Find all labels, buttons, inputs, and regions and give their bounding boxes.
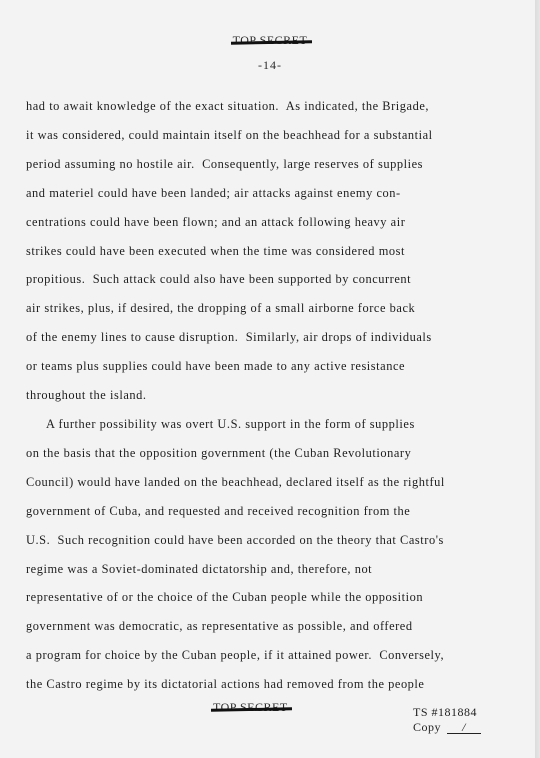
- struck-classification-text: TOP SECRET: [213, 700, 288, 715]
- text-line: Council) would have landed on the beachh…: [26, 468, 506, 497]
- text-line: air strikes, plus, if desired, the dropp…: [26, 294, 506, 323]
- control-number: TS #181884: [413, 705, 481, 720]
- text-line: regime was a Soviet-dominated dictatorsh…: [26, 555, 506, 584]
- text-line: government was democratic, as representa…: [26, 612, 506, 641]
- copy-number-handwritten: /: [447, 721, 481, 734]
- text-line: and materiel could have been landed; air…: [26, 179, 506, 208]
- text-line: propitious. Such attack could also have …: [26, 265, 506, 294]
- text-line: strikes could have been executed when th…: [26, 237, 506, 266]
- text-line: of the enemy lines to cause disruption. …: [26, 323, 506, 352]
- scan-page-edge: [535, 0, 540, 758]
- text-line: the Castro regime by its dictatorial act…: [26, 670, 506, 699]
- page-number: -14-: [0, 58, 540, 73]
- text-line: A further possibility was overt U.S. sup…: [26, 410, 506, 439]
- text-line: on the basis that the opposition governm…: [26, 439, 506, 468]
- paragraph-1: had to await knowledge of the exact situ…: [26, 92, 506, 410]
- document-page: TOP SECRET -14- had to await knowledge o…: [0, 0, 535, 758]
- footer-classification-marking: TOP SECRET: [213, 700, 288, 715]
- text-line: it was considered, could maintain itself…: [26, 121, 506, 150]
- paragraph-2: A further possibility was overt U.S. sup…: [26, 410, 506, 699]
- header-classification-marking: TOP SECRET: [0, 33, 540, 48]
- document-body: had to await knowledge of the exact situ…: [26, 92, 506, 699]
- text-line: period assuming no hostile air. Conseque…: [26, 150, 506, 179]
- text-line: or teams plus supplies could have been m…: [26, 352, 506, 381]
- text-line: throughout the island.: [26, 381, 506, 410]
- struck-classification-text: TOP SECRET: [233, 33, 308, 48]
- control-number-block: TS #181884 Copy/: [413, 705, 481, 735]
- copy-number-row: Copy/: [413, 720, 481, 735]
- copy-label: Copy: [413, 720, 441, 734]
- text-line: government of Cuba, and requested and re…: [26, 497, 506, 526]
- text-line: centrations could have been flown; and a…: [26, 208, 506, 237]
- text-line: representative of or the choice of the C…: [26, 583, 506, 612]
- text-line: a program for choice by the Cuban people…: [26, 641, 506, 670]
- text-line: U.S. Such recognition could have been ac…: [26, 526, 506, 555]
- text-line: had to await knowledge of the exact situ…: [26, 92, 506, 121]
